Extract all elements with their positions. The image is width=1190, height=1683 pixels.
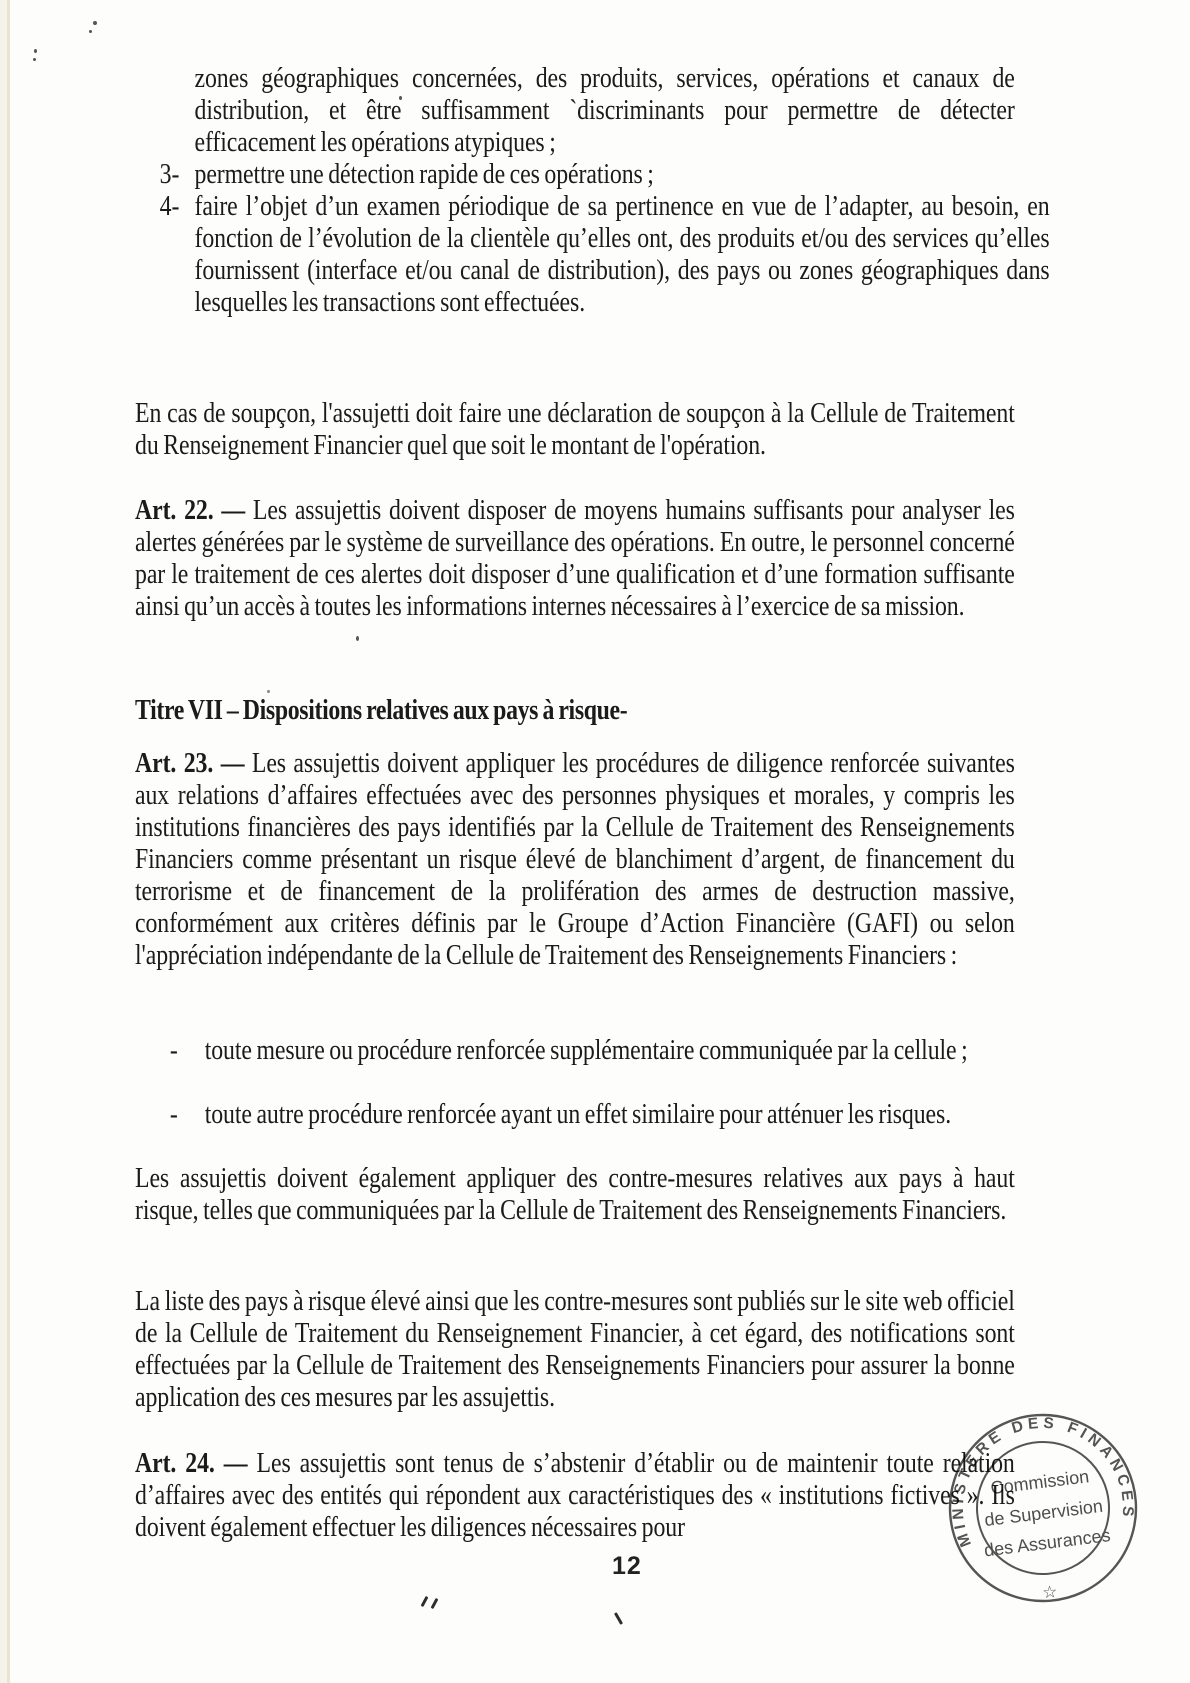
ministry-finance-stamp: MINISTÈRE DES FINANCES Commission de Sup… (943, 1408, 1143, 1608)
paragraph-suspicion-report: En cas de soupçon, l'assujetti doit fair… (135, 398, 1015, 462)
heading-text: Titre VII – Dispositions relatives aux p… (135, 695, 627, 726)
list-marker: 4- (160, 191, 195, 223)
list-item-4: 4-faire l’objet d’un examen périodique d… (160, 191, 1050, 319)
list-item-text: faire l’objet d’un examen périodique de … (195, 191, 1050, 318)
title-vii-heading: Titre VII – Dispositions relatives aux p… (135, 695, 1015, 727)
list-marker: 3- (160, 159, 195, 191)
paragraph-article-24: Art. 24. — Les assujettis sont tenus de … (135, 1448, 1015, 1544)
scan-speck (34, 49, 37, 53)
paragraph-counter-measures: Les assujettis doivent également appliqu… (135, 1163, 1015, 1227)
article-label: Art. 24. — (135, 1448, 248, 1479)
bullet-item-1: -toute mesure ou procédure renforcée sup… (170, 1035, 1050, 1067)
stamp-center-line1: Commission (989, 1466, 1090, 1498)
paragraph-article-22: Art. 22. — Les assujettis doivent dispos… (135, 495, 1015, 623)
scan-speck (89, 30, 92, 33)
page-number: 12 (612, 1552, 642, 1581)
bullet-item-2: -toute autre procédure renforcée ayant u… (170, 1099, 1050, 1131)
article-text: Les assujettis sont tenus de s’abstenir … (135, 1448, 1015, 1543)
scanned-document-page: zones géographiques concernées, des prod… (0, 0, 1190, 1683)
bullet-text: toute autre procédure renforcée ayant un… (205, 1099, 951, 1130)
stamp-star-icon: ☆ (1042, 1582, 1059, 1603)
bullet-marker: - (170, 1099, 205, 1131)
article-label: Art. 23. — (135, 748, 244, 779)
article-text: Les assujettis doivent appliquer les pro… (135, 748, 1015, 971)
scan-edge-band (0, 0, 7, 1683)
scan-edge-line (7, 0, 10, 1683)
bullet-text: toute mesure ou procédure renforcée supp… (205, 1035, 968, 1066)
stamp-center-line2: de Supervision (983, 1496, 1104, 1530)
list-item-3: 3-permettre une détection rapide de ces … (160, 159, 1050, 191)
text-column: zones géographiques concernées, des prod… (135, 0, 1015, 1683)
list-item-text: permettre une détection rapide de ces op… (195, 159, 654, 190)
paragraph-text: La liste des pays à risque élevé ainsi q… (135, 1286, 1015, 1413)
paragraph-text: Les assujettis doivent également appliqu… (135, 1163, 1015, 1226)
list-item-2-continuation: zones géographiques concernées, des prod… (195, 63, 1015, 159)
article-text: Les assujettis doivent disposer de moyen… (135, 495, 1015, 622)
list-item-text: zones géographiques concernées, des prod… (195, 63, 1015, 158)
scan-speck (33, 58, 36, 61)
paragraph-risk-country-list: La liste des pays à risque élevé ainsi q… (135, 1286, 1015, 1414)
paragraph-article-23: Art. 23. — Les assujettis doivent appliq… (135, 748, 1015, 972)
stamp-center-line3: des Assurances (983, 1525, 1112, 1560)
paragraph-text: En cas de soupçon, l'assujetti doit fair… (135, 398, 1015, 461)
bullet-marker: - (170, 1035, 205, 1067)
scan-speck (93, 21, 97, 25)
article-label: Art. 22. — (135, 495, 245, 526)
